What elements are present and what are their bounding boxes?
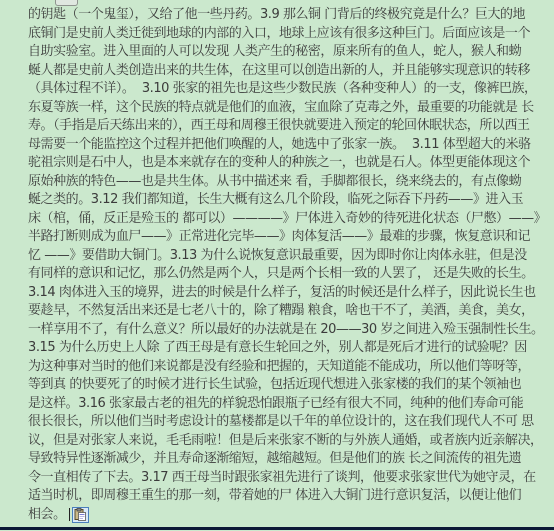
text-line: 底铜门是史前人类迁徙到地球的内部的入口，地球上应该有很多这种巨门。后面应该是一个: [28, 25, 550, 44]
clipboard-paste-icon: [74, 508, 86, 521]
text-line: 要趁早，不然复活出来还是七老八十的，除了糟蹋 粮食，啥也干不了，美酒，美食，美女…: [28, 302, 550, 321]
text-line: 忆 ——》要借助大铜门。3.13 为什么说恢复意识最重要，因为即时你让肉体永驻，…: [28, 247, 550, 266]
text-line: 蜒人都是史前人类创造出来的共生体，在这里可以创造出新的人，并且能够实现意识的转移: [28, 62, 550, 81]
text-line: 的钥匙（一个鬼玺），又给了他一些丹药。3.9 那么铜 门背后的终极究竟是什么？巨…: [28, 6, 550, 25]
text-line: 3.14 肉体进入玉的境界，进去的时候是什么样子，复活的时候还是什么样子，因此说…: [28, 284, 550, 303]
text-line-content: 相会。: [28, 506, 66, 525]
text-line: 议，但是对张家人来说，毛毛雨啦！但是后来张家不断的与外族人通婚，或者族内近亲解决…: [28, 432, 550, 451]
text-line: 一样享用不了，有什么意义？所以最好的办法就是在 20——30 岁之间进入殓玉强制…: [28, 321, 550, 340]
text-line: 有同样的意识和记忆，那么仍然是两个人，只是两个长相一致的人罢了， 还是失败的长生…: [28, 265, 550, 284]
text-line: 蜒之类的。3.12 我们都知道，长生大概有这么几个阶段，临死之际吞下丹药——》进…: [28, 191, 550, 210]
text-line: 半路打断则成为血尸——》正常进化完毕——》肉体复活——》最难的步骤，恢复意识和记: [28, 228, 550, 247]
text-line: （具体过程不详）。 3.10 张家的祖先也是这些少数民族（各种变种人）的一支，像…: [28, 80, 550, 99]
window-border: [0, 527, 554, 530]
text-line: 导致特异性逐渐减少，并且寿命逐渐缩短，越缩越短。但是他们的族 长之间流传的祖先遗: [28, 450, 550, 469]
text-line: 很长很长，所以他们当时考虑设计的墓楼都是以千年的单位设计的，这在我们现代人不可 …: [28, 413, 550, 432]
text-line: 自助实验室。进入里面的人可以发现 人类产生的秘密，原来所有的鱼人，蛇人，猴人和蚴: [28, 43, 550, 62]
text-line: 令一直相传了下去。3.17 西王母当时跟张家祖先进行了谈判，他要求张家世代为她守…: [28, 469, 550, 488]
text-line: 原始种族的特色——也是共生体。从书中描述来 看，手脚都很长，绕来绕去的，有点像蚴: [28, 173, 550, 192]
text-line: 3.15 为什么历史上人除 了西王母是有意长生轮回之外，别人都是死后才进行的试验…: [28, 339, 550, 358]
text-line: 床（棺，俑，反正是殓玉的 都可以）————》尸体进入奇妙的待死进化状态（尸憋）—…: [28, 210, 550, 229]
text-line: 母需要一个能监控这个过程并把他们唤醒的人，她选中了张家一族。 3.11 体型超大…: [28, 136, 550, 155]
paste-options-button[interactable]: [72, 507, 89, 523]
text-line: 东夏等族一样，这个民族的特点就是他们的血液，宝血除了克毒之外，最重要的功能就是 …: [28, 99, 550, 118]
text-line: 为这种事对当时的他们来说都是没有经验和把握的，天知道能不能成功，所以他们等呀等，: [28, 358, 550, 377]
text-line: 驼祖宗则是石中人，也是本来就存在的变种人的种族之一，也就是石人。体型更能体现这个: [28, 154, 550, 173]
text-line: 等到真 的快要死了的时候才进行长生试验，包括近现代想进入张家楼的我们的某个领袖也: [28, 376, 550, 395]
text-line: 相会。: [28, 506, 550, 525]
text-line: 是这样。3.16 张家最古老的祖先的样貌恐怕跟瓶子已经有很大不同，纯种的他们寿命…: [28, 395, 550, 414]
text-cursor: [69, 508, 70, 521]
text-line: 寿。（手指是后天练出来的），西王母和周穆王很快就要进入预定的轮回休眠状态，所以西…: [28, 117, 550, 136]
text-line: 适当时机，即周穆王重生的那一刻，带着她的尸 体进入大铜门进行意识复活，以便让他们: [28, 487, 550, 506]
document-text-area[interactable]: 的钥匙（一个鬼玺），又给了他一些丹药。3.9 那么铜 门背后的终极究竟是什么？巨…: [28, 6, 550, 524]
